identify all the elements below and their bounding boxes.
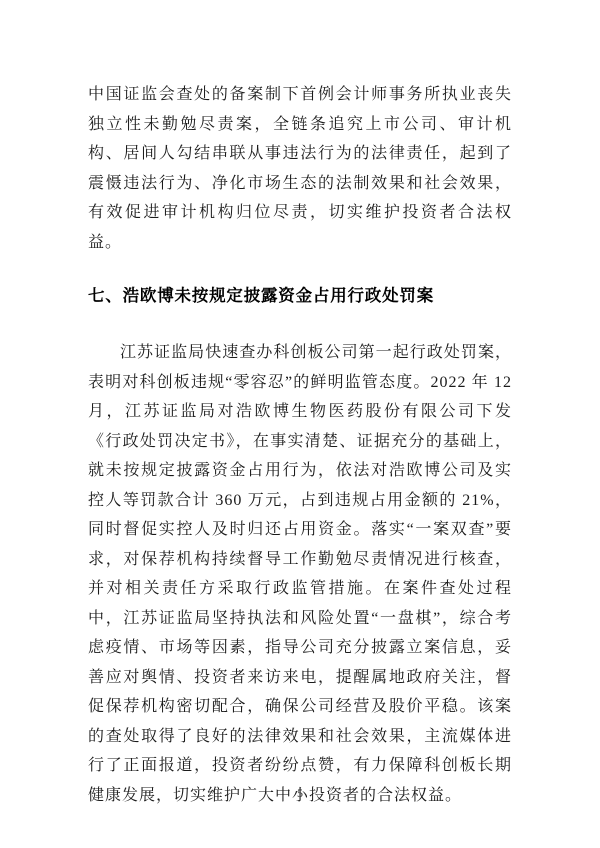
section-body-paragraph: 江苏证监局快速查办科创板公司第一起行政处罚案，表明对科创板违规“零容忍”的鲜明监… bbox=[88, 338, 512, 810]
document-page: 中国证监会查处的备案制下首例会计师事务所执业丧失独立性未勤勉尽责案，全链条追究上… bbox=[0, 0, 600, 848]
paragraph-continuation: 中国证监会查处的备案制下首例会计师事务所执业丧失独立性未勤勉尽责案，全链条追究上… bbox=[88, 80, 512, 257]
page-number: 5 bbox=[297, 786, 303, 800]
page-footer: 5 bbox=[0, 784, 600, 802]
section-heading: 七、浩欧博未按规定披露资金占用行政处罚案 bbox=[88, 284, 512, 308]
page-content: 中国证监会查处的备案制下首例会计师事务所执业丧失独立性未勤勉尽责案，全链条追究上… bbox=[88, 80, 512, 810]
